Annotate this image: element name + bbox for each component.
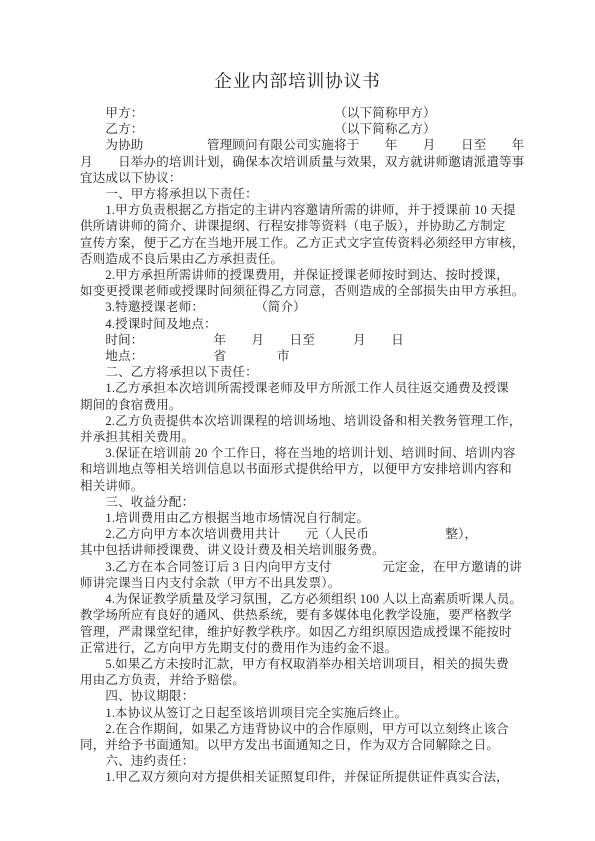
document-line: 1.培训费用由乙方根据当地市场情况自行制定。	[80, 510, 515, 526]
document-line: 和培训地点等相关培训信息以书面形式提供给甲方，以便甲方安排培训内容和	[80, 461, 515, 477]
document-line: 一、甲方将承担以下责任：	[80, 186, 515, 202]
document-line: 月 日举办的培训计划，确保本次培训质量与效果，双方就讲师邀请派遣等事	[80, 154, 515, 170]
document-line: 六、违约责任：	[80, 753, 515, 769]
document-line: 为协助 管理顾问有限公司实施将于 年 月 日至 年	[80, 137, 515, 153]
document-line: 2.乙方负责提供本次培训课程的培训场地、培训设备和相关教务管理工作，	[80, 413, 515, 429]
document-line: 其中包括讲师授课费、讲义设计费及相关培训服务费。	[80, 542, 515, 558]
document-line: 并承担其相关费用。	[80, 429, 515, 445]
document-line: 二、乙方将承担以下责任：	[80, 364, 515, 380]
document-line: 地点： 省 市	[80, 348, 515, 364]
document-line: 1.本协议从签订之日起至该培训项目完全实施后终止。	[80, 705, 515, 721]
document-line: 宜达成以下协议：	[80, 170, 515, 186]
document-title: 企业内部培训协议书	[80, 70, 515, 93]
document-line: 3.特邀授课老师： （简介）	[80, 299, 515, 315]
document-line: 甲方： （以下简称甲方）	[80, 105, 515, 121]
document-line: 2.在合作期间，如果乙方违背协议中的合作原则，甲方可以立刻终止该合	[80, 721, 515, 737]
document-line: 管理，严肃课堂纪律，维护好教学秩序。如因乙方组织原因造成授课不能按时	[80, 624, 515, 640]
document-line: 期间的食宿费用。	[80, 397, 515, 413]
document-line: 3.乙方在本合同签订后 3 日内向甲方支付 元定金，在甲方邀请的讲	[80, 559, 515, 575]
document-line: 时间： 年 月 日至 月 日	[80, 332, 515, 348]
document-line: 教学场所应有良好的通风、供热系统，要有多媒体电化教学设施，要严格教学	[80, 607, 515, 623]
document-line: 4.为保证教学质量及学习氛围，乙方必须组织 100 人以上高素质听课人员。	[80, 591, 515, 607]
document-body: 甲方： （以下简称甲方） 乙方： （以下简称乙方） 为协助 管理顾问有限公司实施…	[80, 105, 515, 786]
document-line: 1.乙方承担本次培训所需授课老师及甲方所派工作人员往返交通费及授课	[80, 380, 515, 396]
document-line: 否则造成不良后果由乙方承担责任。	[80, 251, 515, 267]
document-line: 2.甲方承担所需讲师的授课费用，并保证授课老师按时到达、按时授课，	[80, 267, 515, 283]
document-line: 正常进行，乙方向甲方先期支付的费用作为违约金不退。	[80, 640, 515, 656]
document-line: 四、协议期限：	[80, 688, 515, 704]
document-line: 1.甲乙双方须向对方提供相关证照复印件，并保证所提供证件真实合法，	[80, 769, 515, 785]
document-line: 5.如果乙方未按时汇款，甲方有权取消举办相关培训项目，相关的损失费	[80, 656, 515, 672]
document-line: 师讲完课当日内支付余款（甲方不出具发票）。	[80, 575, 515, 591]
document-line: 三、收益分配：	[80, 494, 515, 510]
document-line: 宣传方案，便于乙方在当地开展工作。乙方正式文字宣传资料必须经甲方审核，	[80, 235, 515, 251]
document-line: 4.授课时间及地点：	[80, 316, 515, 332]
document-line: 用由乙方负责，并给予赔偿。	[80, 672, 515, 688]
document-line: 相关讲师。	[80, 478, 515, 494]
document-line: 乙方： （以下简称乙方）	[80, 121, 515, 137]
document-line: 2.乙方向甲方本次培训费用共计 元（人民币 整），	[80, 526, 515, 542]
document-line: 3.保证在培训前 20 个工作日，将在当地的培训计划、培训时间、培训内容	[80, 445, 515, 461]
document-page: 企业内部培训协议书 甲方： （以下简称甲方） 乙方： （以下简称乙方） 为协助 …	[0, 0, 595, 841]
document-line: 同，并给予书面通知。以甲方发出书面通知之日，作为双方合同解除之日。	[80, 737, 515, 753]
document-line: 1.甲方负责根据乙方指定的主讲内容邀请所需的讲师，并于授课前 10 天提	[80, 202, 515, 218]
document-line: 供所请讲师的简介、讲课提纲、行程安排等资料（电子版），并协助乙方制定	[80, 218, 515, 234]
document-line: 如变更授课老师或授课时间须征得乙方同意，否则造成的全部损失由甲方承担。	[80, 283, 515, 299]
